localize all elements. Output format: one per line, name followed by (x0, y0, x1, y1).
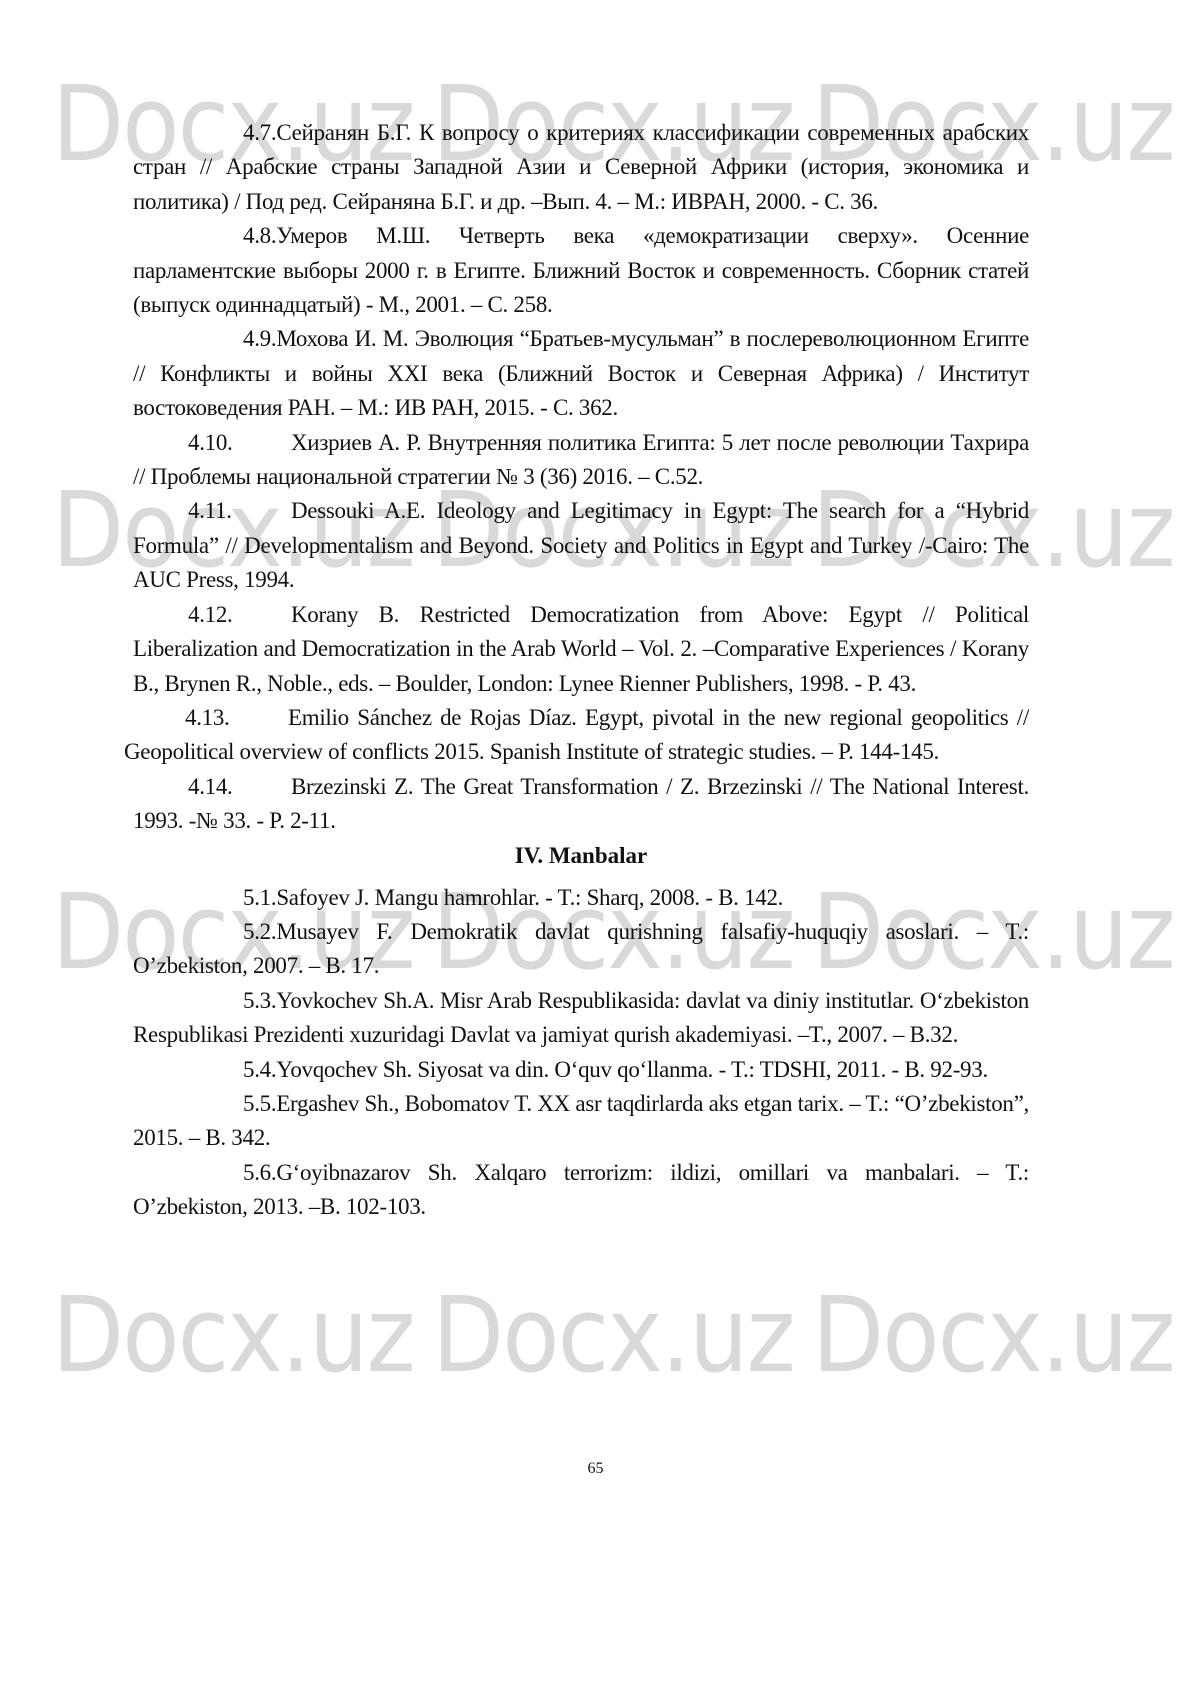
reference-number: 4.12. (188, 598, 291, 632)
reference-text: Yovqochev Sh. Siyosat va din. O‘quv qo‘l… (276, 1057, 988, 1082)
reference-item: 4.8.Умеров М.Ш. Четверть века «демократи… (133, 219, 1029, 322)
reference-number: 5.5. (188, 1087, 276, 1121)
reference-number: 5.6. (188, 1156, 276, 1190)
reference-item: 4.13.Emilio Sánchez de Rojas Díaz. Egypt… (124, 701, 1029, 770)
reference-item: 5.6.G‘oyibnazarov Sh. Xalqaro terrorizm:… (133, 1156, 1029, 1225)
reference-number: 5.1. (188, 881, 276, 915)
reference-number: 4.9. (188, 322, 276, 356)
reference-number: 4.7. (188, 116, 276, 150)
page-number: 65 (0, 1460, 1191, 1478)
reference-item: 4.14.Brzezinski Z. The Great Transformat… (133, 770, 1029, 839)
reference-list: 4.7.Сейранян Б.Г. К вопросу о критериях … (133, 116, 1029, 1225)
reference-number: 4.11. (188, 494, 291, 528)
watermark: Docx.uz (812, 1283, 1174, 1387)
reference-item: 4.7.Сейранян Б.Г. К вопросу о критериях … (133, 116, 1029, 219)
reference-number: 4.10. (188, 426, 291, 460)
reference-number: 5.3. (188, 984, 276, 1018)
reference-item: 5.4.Yovqochev Sh. Siyosat va din. O‘quv … (133, 1053, 1029, 1087)
watermark: Docx.uz (432, 1283, 794, 1387)
reference-item: 4.9.Мохова И. М. Эволюция “Братьев-мусул… (133, 322, 1029, 425)
reference-item: 4.12.Korany B. Restricted Democratizatio… (133, 598, 1029, 701)
reference-number: 4.13. (185, 701, 288, 735)
reference-text: Safoyev J. Mangu hamrohlar. - T.: Sharq,… (276, 885, 783, 910)
references-section-5: 5.1.Safoyev J. Mangu hamrohlar. - T.: Sh… (133, 881, 1029, 1225)
reference-number: 4.8. (188, 219, 276, 253)
reference-number: 4.14. (188, 770, 291, 804)
reference-item: 5.3.Yovkochev Sh.A. Misr Arab Respublika… (133, 984, 1029, 1053)
references-section-4: 4.7.Сейранян Б.Г. К вопросу о критериях … (133, 116, 1029, 839)
reference-item: 4.11.Dessouki A.E. Ideology and Legitima… (133, 494, 1029, 597)
reference-item: 5.5.Ergashev Sh., Bobomatov T. XX asr ta… (133, 1087, 1029, 1156)
reference-number: 5.2. (188, 915, 276, 949)
section-heading: IV. Manbalar (133, 839, 1029, 881)
watermark: Docx.uz (52, 1283, 414, 1387)
reference-item: 4.10.Хизриев А. Р. Внутренняя политика Е… (133, 426, 1029, 495)
reference-number: 5.4. (188, 1053, 276, 1087)
document-page: Docx.uz Docx.uz Docx.uz Docx.uz Docx.uz … (0, 0, 1191, 1684)
reference-item: 5.1.Safoyev J. Mangu hamrohlar. - T.: Sh… (133, 881, 1029, 915)
reference-item: 5.2.Musayev F. Demokratik davlat qurishn… (133, 915, 1029, 984)
